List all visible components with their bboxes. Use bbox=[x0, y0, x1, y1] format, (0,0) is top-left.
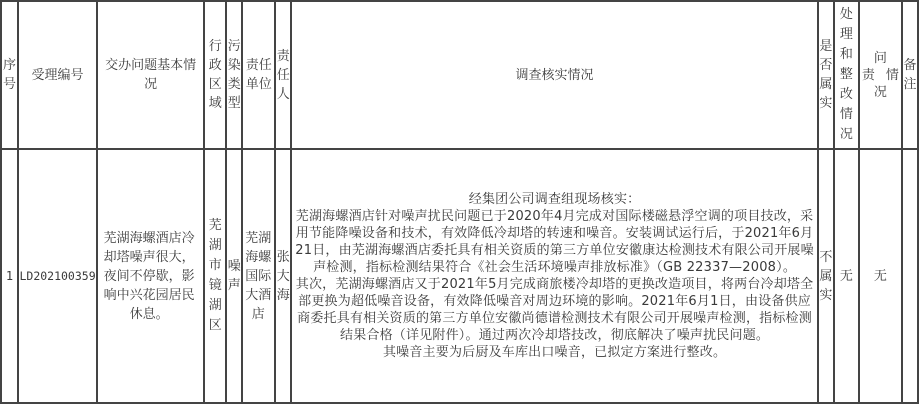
cell-remarks bbox=[902, 149, 918, 403]
header-issue: 交办问题基本情况 bbox=[97, 1, 204, 149]
cell-handling: 无 bbox=[834, 149, 859, 403]
cell-resp-person: 张大海 bbox=[275, 149, 291, 403]
accountability-left: 责 bbox=[862, 67, 875, 84]
header-region: 行政区域 bbox=[204, 1, 226, 149]
header-resp-person: 责任人 bbox=[275, 1, 291, 149]
cell-pollution-type: 噪声 bbox=[226, 149, 242, 403]
header-handling: 处理和整改情况 bbox=[834, 1, 859, 149]
header-index: 序号 bbox=[1, 1, 18, 149]
findings-paragraph-3: 其噪音主要为后厨及车库出口噪音，已拟定方案进行整改。 bbox=[292, 344, 817, 361]
cell-index: 1 bbox=[1, 149, 18, 403]
header-pollution-type: 污染类型 bbox=[226, 1, 242, 149]
accountability-middle: 责 情 bbox=[860, 67, 901, 84]
header-findings: 调查核实情况 bbox=[291, 1, 818, 149]
cell-resp-unit: 芜湖海螺国际大酒店 bbox=[242, 149, 275, 403]
header-row: 序号 受理编号 交办问题基本情况 行政区域 污染类型 责任单位 责任人 调查核实… bbox=[1, 1, 918, 149]
accountability-top: 问 bbox=[860, 50, 901, 67]
header-remarks: 备注 bbox=[902, 1, 918, 149]
cell-case-no: LD202100359 bbox=[18, 149, 97, 403]
findings-paragraph-2: 其次，芜湖海螺酒店又于2021年5月完成商旅楼冷却塔的更换改造项目，将两台冷却塔… bbox=[292, 276, 817, 344]
cell-region: 芜湖市镜湖区 bbox=[204, 149, 226, 403]
accountability-right: 情 bbox=[886, 67, 899, 84]
header-case-no: 受理编号 bbox=[18, 1, 97, 149]
header-verified: 是否属实 bbox=[818, 1, 834, 149]
header-accountability: 问 责 情 况 bbox=[859, 1, 902, 149]
cell-findings: 经集团公司调查组现场核实： 芜湖海螺酒店针对噪声扰民问题已于2020年4月完成对… bbox=[291, 149, 818, 403]
table-row: 1 LD202100359 芜湖海螺酒店冷却塔噪声很大，夜间不停歇，影响中兴花园… bbox=[1, 149, 918, 403]
cell-verified: 不属实 bbox=[818, 149, 834, 403]
accountability-bottom: 况 bbox=[860, 84, 901, 101]
findings-paragraph-1: 芜湖海螺酒店针对噪声扰民问题已于2020年4月完成对国际楼磁悬浮空调的项目技改，… bbox=[292, 208, 817, 276]
complaint-table: 序号 受理编号 交办问题基本情况 行政区域 污染类型 责任单位 责任人 调查核实… bbox=[0, 0, 919, 404]
findings-intro: 经集团公司调查组现场核实： bbox=[292, 191, 817, 208]
header-resp-unit: 责任单位 bbox=[242, 1, 275, 149]
cell-issue: 芜湖海螺酒店冷却塔噪声很大，夜间不停歇，影响中兴花园居民休息。 bbox=[97, 149, 204, 403]
cell-accountability: 无 bbox=[859, 149, 902, 403]
